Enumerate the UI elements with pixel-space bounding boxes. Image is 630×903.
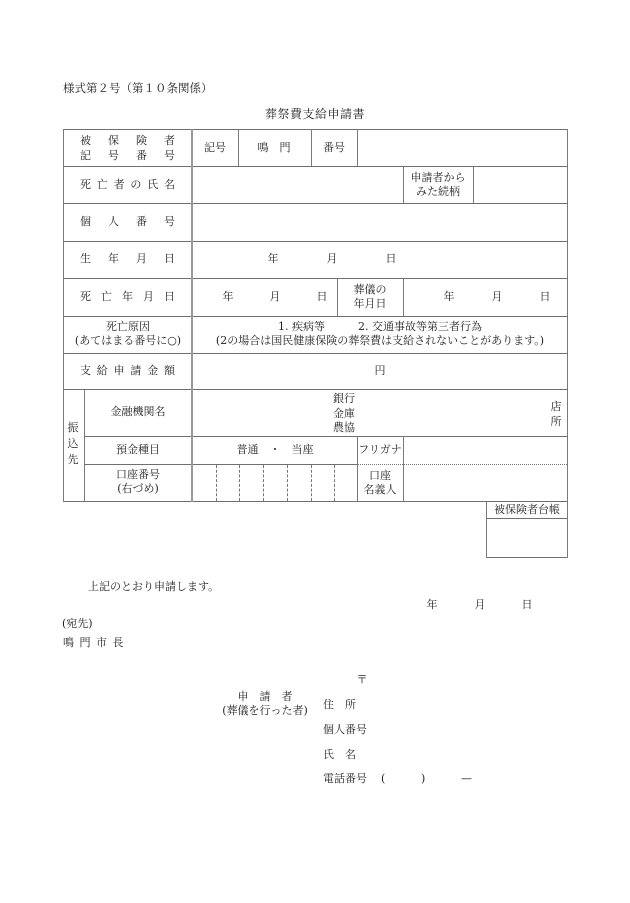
addressee-label: (宛先) [62,617,93,631]
cause-of-death-label-line2: (あてはまる番号に○) [75,334,181,348]
cause-options-line: 1. 疾病等 2. 交通事故等第三者行為 [278,320,482,334]
deceased-name-label: 死 亡 者 の 氏 名 [80,178,175,192]
digit-divider [263,465,264,501]
table-border-top [63,129,568,130]
account-holder-label-line1: 口座 [369,469,391,483]
ledger-border-left [486,501,487,558]
digit-divider [334,465,335,501]
digit-divider [311,465,312,501]
deposit-type-options: 普通 ・ 当座 [237,443,314,457]
row-divider [63,278,568,279]
death-year-unit: 年 [223,290,234,304]
funeral-date-label-line1: 葬儀の [354,283,387,297]
death-month-unit: 月 [270,290,281,304]
application-year-unit: 年 [427,598,438,612]
cause-note-line: (2の場合は国民健康保険の葬祭費は支給されないことがあります。) [216,334,544,348]
col-divider [403,166,404,203]
relation-label-line1: 申請者から [411,171,466,185]
digit-divider [239,465,240,501]
col-divider [403,278,404,316]
application-month-unit: 月 [475,598,486,612]
birth-date-label: 生 年 月 日 [80,252,175,266]
col-divider [337,278,338,316]
col-divider [238,129,239,166]
cause-of-death-label: 死亡原因 (あてはまる番号に○) [75,320,181,348]
page-title: 葬祭費支給申請書 [265,107,365,121]
branch-type-office: 所 [551,415,562,430]
digit-divider [287,465,288,501]
row-divider [84,464,357,465]
applicant-label: 申 請 者 (葬儀を行った者) [222,690,308,718]
applicant-individual-number-label: 個人番号 [323,723,367,737]
relation-label-line2: みた続柄 [416,185,460,199]
ledger-label-divider [486,518,568,519]
ledger-border-bottom [486,557,568,558]
insured-label-line1: 被 保 険 者 [80,134,175,148]
amount-label: 支 給 申 請 金 額 [80,364,175,378]
funeral-day-unit: 日 [540,290,551,304]
death-day-unit: 日 [317,290,328,304]
row-divider [63,353,568,354]
institution-type-ja: 農協 [333,421,355,436]
cause-of-death-label-line1: 死亡原因 [106,320,150,334]
form-number: 様式第２号（第１０条関係） [63,81,213,95]
branch-types: 店 所 [550,400,562,429]
institution-types: 銀行 金庫 農協 [328,392,355,436]
ledger-border-right [567,501,568,558]
transfer-char: 先 [67,452,79,468]
funeral-month-unit: 月 [492,290,503,304]
row-divider [84,436,568,437]
funeral-year-unit: 年 [444,290,455,304]
applicant-label-line2: (葬儀を行った者) [222,704,308,718]
insured-label-line2: 記 号 番 号 [80,149,175,163]
row-divider [63,316,568,317]
col-divider [403,436,404,501]
account-holder-label: 口座 名義人 [364,469,397,497]
furigana-label: フリガナ [358,443,401,457]
birth-day-unit: 日 [386,252,397,266]
funeral-date-label-line2: 年月日 [354,297,387,311]
phone-dash: — [461,772,472,786]
individual-number-label: 個 人 番 号 [80,215,175,229]
funeral-expense-application-form: 様式第２号（第１０条関係） 葬祭費支給申請書 [0,0,630,903]
application-day-unit: 日 [522,598,533,612]
transfer-char: 込 [67,436,79,452]
deposit-type-label: 預金種目 [116,443,160,457]
cause-of-death-options: 1. 疾病等 2. 交通事故等第三者行為 (2の場合は国民健康保険の葬祭費は支給… [216,320,544,348]
institution-type-shinkin: 金庫 [333,407,355,422]
account-number-label: 口座番号 (右づめ) [116,468,160,496]
row-divider [63,166,568,167]
addressee: 鳴 門 市 長 [63,636,125,650]
institution-label: 金融機関名 [111,405,166,419]
funeral-date-label: 葬儀の 年月日 [354,283,387,311]
address-label: 住 所 [323,698,356,712]
phone-close-paren: ) [421,772,425,786]
applicant-name-label: 氏 名 [323,748,356,762]
death-date-label: 死 亡 年 月 日 [80,290,175,304]
transfer-char: 振 [67,420,79,436]
birth-year-unit: 年 [268,252,279,266]
number-label: 番号 [323,141,345,155]
symbol-label: 記号 [204,141,226,155]
row-divider [63,203,568,204]
col-divider [473,166,474,203]
digit-divider [216,465,217,501]
birth-month-unit: 月 [327,252,338,266]
row-divider [63,389,568,390]
transfer-section-label: 振 込 先 [67,420,79,468]
declaration-statement: 上記のとおり申請します。 [88,580,219,594]
row-divider [63,241,568,242]
col-divider [357,129,358,166]
account-holder-label-line2: 名義人 [364,483,397,497]
amount-unit: 円 [375,364,386,378]
phone-label: 電話番号 [323,772,367,786]
label-column-divider [191,129,193,502]
account-number-label-line1: 口座番号 [116,468,160,482]
institution-type-bank: 銀行 [333,392,355,407]
ledger-label: 被保険者台帳 [494,503,560,517]
symbol-value: 鳴 門 [258,141,291,155]
branch-type-store: 店 [551,400,562,415]
col-divider [311,129,312,166]
applicant-label-line1: 申 請 者 [238,690,293,704]
postal-mark: 〒 [357,673,368,687]
transfer-column-divider [84,389,85,501]
account-number-label-line2: (右づめ) [117,482,159,496]
dotted-divider [357,464,567,465]
phone-open-paren: ( [381,772,385,786]
relation-label: 申請者から みた続柄 [411,171,466,199]
table-border-bottom [63,501,568,502]
